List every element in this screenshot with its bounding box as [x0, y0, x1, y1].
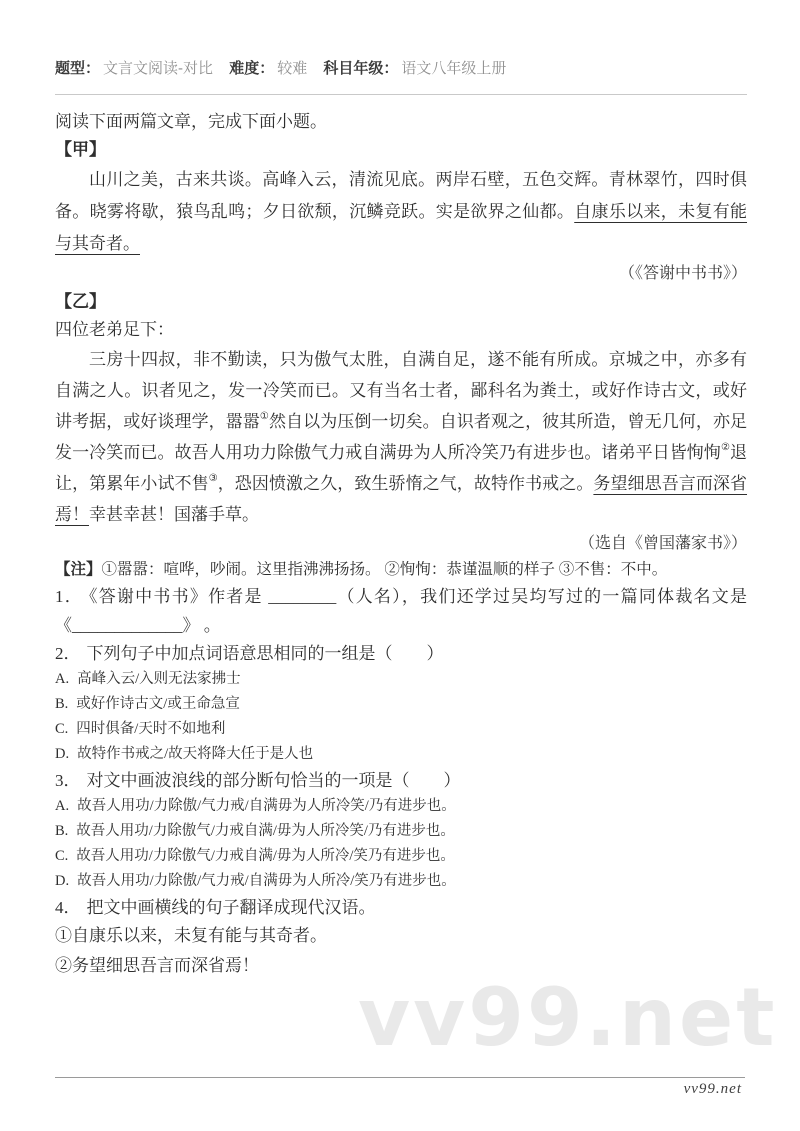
passage-yi-part4: ，恐因愤激之久，致生骄惰之气，故特作书戒之。 [218, 474, 594, 493]
question-2-option-b: B.或好作诗古文/或王命急宣 [55, 692, 747, 717]
watermark: vv99.net [358, 978, 777, 1058]
doc-meta-header: 题型：文言文阅读-对比 难度：较难 科目年级：语文八年级上册 [55, 58, 747, 80]
option-label: A. [55, 671, 69, 687]
question-4-stem: 4．把文中画横线的句子翻译成现代汉语。 [55, 894, 747, 921]
question-2-text: 下列句子中加点词语意思相同的一组是（ ） [87, 644, 444, 663]
question-2-option-a: A.高峰入云/入则无法家拂士 [55, 667, 747, 692]
question-3-option-c: C.故吾人用功/力除傲气/力戒自满/毋为人所冷/笑乃有进步也。 [55, 844, 747, 869]
meta-difficulty-value: 较难 [277, 60, 307, 77]
meta-difficulty: 难度：较难 [229, 60, 307, 77]
option-label: C. [55, 848, 68, 864]
option-text: 故吾人用功/力除傲气/力戒自满/毋为人所冷/笑乃有进步也。 [76, 848, 455, 864]
option-text: 故吾人用功/力除傲/气力戒/自满毋为人所冷/笑乃有进步也。 [77, 873, 456, 889]
passage-jia-text: 山川之美，古来共谈。高峰入云，清流见底。两岸石壁，五色交辉。青林翠竹，四时俱备。… [55, 164, 747, 260]
footnote-ref-3: ③ [209, 473, 218, 484]
question-4-number: 4． [55, 898, 81, 917]
passage-yi-salutation: 四位老弟足下： [55, 316, 747, 344]
question-2-stem: 2．下列句子中加点词语意思相同的一组是（ ） [55, 640, 747, 667]
option-text: 故特作书戒之/故天将降大任于是人也 [77, 746, 313, 762]
footnote-ref-1: ① [260, 411, 269, 422]
question-1: 1．《答谢中书书》作者是 ________（人名），我们还学过吴均写过的一篇同体… [55, 582, 747, 640]
passage-yi-tag: 【乙】 [55, 288, 747, 316]
passage-jia-source: （《答谢中书书》） [55, 260, 747, 288]
question-3-text: 对文中画波浪线的部分断句恰当的一项是（ ） [87, 771, 461, 790]
question-4-sentence-1: ①自康乐以来，未复有能与其奇者。 [55, 921, 747, 951]
question-4-sentence-2: ②务望细思吾言而深省焉！ [55, 951, 747, 981]
meta-grade-value: 语文八年级上册 [401, 60, 506, 77]
meta-question-type-value: 文言文阅读-对比 [103, 60, 213, 77]
option-label: B. [55, 823, 68, 839]
footer-divider [55, 1077, 745, 1078]
question-1-blank-2: _____________ [72, 616, 183, 635]
footnotes-label: 【注】 [55, 561, 102, 578]
header-divider [55, 94, 747, 95]
footnote-ref-2: ② [721, 442, 730, 453]
meta-question-type: 题型：文言文阅读-对比 [55, 60, 213, 77]
question-2-option-c: C.四时俱备/天时不如地利 [55, 717, 747, 742]
option-label: D. [55, 873, 69, 889]
question-3-stem: 3．对文中画波浪线的部分断句恰当的一项是（ ） [55, 767, 747, 794]
passage-yi-source: （选自《曾国藩家书》） [55, 530, 747, 558]
option-text: 或好作诗古文/或王命急宣 [76, 696, 240, 712]
question-2-option-d: D.故特作书戒之/故天将降大任于是人也 [55, 742, 747, 767]
option-label: D. [55, 746, 69, 762]
option-label: C. [55, 721, 68, 737]
question-3-option-a: A.故吾人用功/力除傲/气力戒/自满毋为人所冷笑/乃有进步也。 [55, 794, 747, 819]
option-label: A. [55, 798, 69, 814]
meta-grade: 科目年级：语文八年级上册 [323, 60, 506, 77]
document-body: 阅读下面两篇文章，完成下面小题。 【甲】 山川之美，古来共谈。高峰入云，清流见底… [55, 108, 747, 981]
option-text: 高峰入云/入则无法家拂士 [77, 671, 241, 687]
footnotes-line: 【注】①嚣嚣：喧哗，吵闹。这里指沸沸扬扬。 ②恂恂：恭谨温顺的样子 ③不售：不中… [55, 558, 747, 582]
option-text: 故吾人用功/力除傲气/力戒自满/毋为人所冷笑/乃有进步也。 [76, 823, 455, 839]
question-4-text: 把文中画横线的句子翻译成现代汉语。 [87, 898, 376, 917]
meta-grade-label: 科目年级： [323, 60, 398, 77]
question-2-number: 2． [55, 644, 81, 663]
question-1-blank-1: ________ [268, 587, 336, 606]
meta-question-type-label: 题型： [55, 60, 100, 77]
intro-instruction: 阅读下面两篇文章，完成下面小题。 [55, 108, 747, 136]
question-1-part3: 》 。 [183, 616, 221, 635]
question-3-number: 3． [55, 771, 81, 790]
exam-document-page: 题型：文言文阅读-对比 难度：较难 科目年级：语文八年级上册 vv99.net … [0, 0, 800, 1131]
meta-difficulty-label: 难度： [229, 60, 274, 77]
passage-yi-text: 三房十四叔，非不勤读，只为傲气太胜，自满自足，遂不能有所成。京城之中，亦多有自满… [55, 344, 747, 530]
passage-yi-part5: 幸甚幸甚！国藩手草。 [89, 505, 259, 524]
question-3-option-b: B.故吾人用功/力除傲气/力戒自满/毋为人所冷笑/乃有进步也。 [55, 819, 747, 844]
footnotes-text: ①嚣嚣：喧哗，吵闹。这里指沸沸扬扬。 ②恂恂：恭谨温顺的样子 ③不售：不中。 [102, 561, 668, 578]
option-text: 故吾人用功/力除傲/气力戒/自满毋为人所冷笑/乃有进步也。 [77, 798, 456, 814]
question-1-number: 1． [55, 587, 83, 606]
question-3-option-d: D.故吾人用功/力除傲/气力戒/自满毋为人所冷/笑乃有进步也。 [55, 869, 747, 894]
option-text: 四时俱备/天时不如地利 [76, 721, 225, 737]
passage-jia-tag: 【甲】 [55, 136, 747, 164]
footer-site-text: vv99.net [684, 1081, 742, 1098]
question-1-part1: 《答谢中书书》作者是 [89, 587, 268, 606]
option-label: B. [55, 696, 68, 712]
